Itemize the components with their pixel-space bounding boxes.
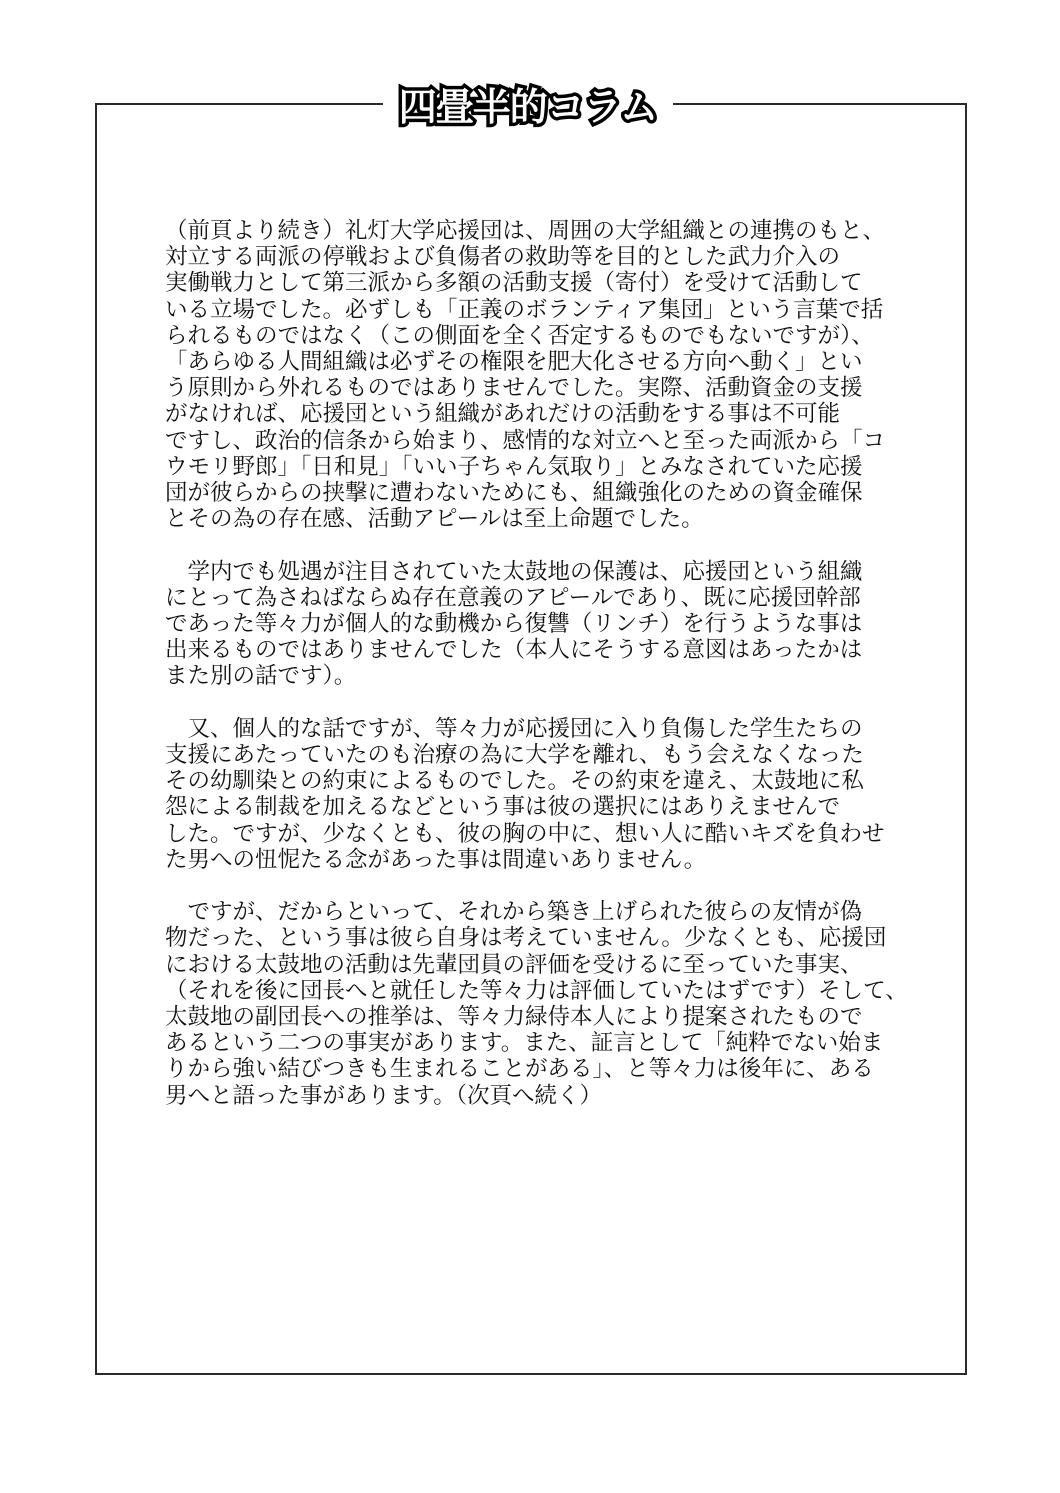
text-line: がなければ、応援団という組織があれだけの活動をする事は不可能 (165, 401, 885, 427)
column-title: 四畳半的コラム (399, 88, 658, 126)
text-line: いる立場でした。必ずしも「正義のボランティア集団」という言葉で括 (165, 297, 885, 323)
text-line: した。ですが、少なくとも、彼の胸の中に、想い人に酷いキズを負わせ (165, 821, 885, 847)
text-line: 対立する両派の停戦および負傷者の救助等を目的とした武力介入の (165, 244, 885, 270)
text-line: 実働戦力として第三派から多額の活動支援（寄付）を受けて活動して (165, 270, 885, 296)
text-line: 団が彼らからの挟撃に遭わないためにも、組織強化のための資金確保 (165, 480, 885, 506)
text-line: 学内でも処遇が注目されていた太鼓地の保護は、応援団という組織 (165, 559, 885, 585)
text-line: 支援にあたっていたのも治療の為に大学を離れ、もう会えなくなった (165, 742, 885, 768)
text-line: う原則から外れるものではありませんでした。実際、活動資金の支援 (165, 375, 885, 401)
text-line: た男への忸怩たる念があった事は間違いありません。 (165, 847, 885, 873)
text-line: （前頁より続き）礼灯大学応援団は、周囲の大学組織との連携のもと、 (165, 218, 885, 244)
column-paragraph: 学内でも処遇が注目されていた太鼓地の保護は、応援団という組織にとって為さねばなら… (165, 559, 885, 690)
text-line: ですし、政治的信条から始まり、感情的な対立へと至った両派から「コ (165, 428, 885, 454)
text-line: 男へと語った事があります。（次頁へ続く） (165, 1083, 885, 1109)
column-header: 四畳半的コラム (383, 82, 673, 132)
text-line: ですが、だからといって、それから築き上げられた彼らの友情が偽 (165, 899, 885, 925)
column-paragraph: ですが、だからといって、それから築き上げられた彼らの友情が偽物だった、という事は… (165, 899, 885, 1109)
column-paragraph: 又、個人的な話ですが、等々力が応援団に入り負傷した学生たちの支援にあたっていたの… (165, 716, 885, 873)
text-line: 怨による制裁を加えるなどという事は彼の選択にはありえませんで (165, 794, 885, 820)
text-line: その幼馴染との約束によるものでした。その約束を違え、太鼓地に私 (165, 768, 885, 794)
text-line: 物だった、という事は彼ら自身は考えていません。少なくとも、応援団 (165, 925, 885, 951)
text-line: にとって為さねばならぬ存在意義のアピールであり、既に応援団幹部 (165, 585, 885, 611)
text-line: また別の話です）。 (165, 663, 885, 689)
text-line: 又、個人的な話ですが、等々力が応援団に入り負傷した学生たちの (165, 716, 885, 742)
column-paragraph: （前頁より続き）礼灯大学応援団は、周囲の大学組織との連携のもと、対立する両派の停… (165, 218, 885, 532)
text-line: あるという二つの事実があります。また、証言として「純粋でない始ま (165, 1030, 885, 1056)
text-line: 「あらゆる人間組織は必ずその権限を肥大化させる方向へ動く」とい (165, 349, 885, 375)
text-line: であった等々力が個人的な動機から復讐（リンチ）を行うような事は (165, 611, 885, 637)
text-line: られるものではなく（この側面を全く否定するものでもないですが）、 (165, 323, 885, 349)
text-line: 太鼓地の副団長への推挙は、等々力緑侍本人により提案されたもので (165, 1004, 885, 1030)
text-line: における太鼓地の活動は先輩団員の評価を受けるに至っていた事実、 (165, 952, 885, 978)
text-line: ウモリ野郎」「日和見」「いい子ちゃん気取り」とみなされていた応援 (165, 454, 885, 480)
column-body: （前頁より続き）礼灯大学応援団は、周囲の大学組織との連携のもと、対立する両派の停… (165, 218, 885, 1135)
text-line: とその為の存在感、活動アピールは至上命題でした。 (165, 506, 885, 532)
text-line: りから強い結びつきも生まれることがある」、と等々力は後年に、ある (165, 1056, 885, 1082)
text-line: 出来るものではありませんでした（本人にそうする意図はあったかは (165, 637, 885, 663)
text-line: （それを後に団長へと就任した等々力は評価していたはずです）そして、 (165, 978, 885, 1004)
